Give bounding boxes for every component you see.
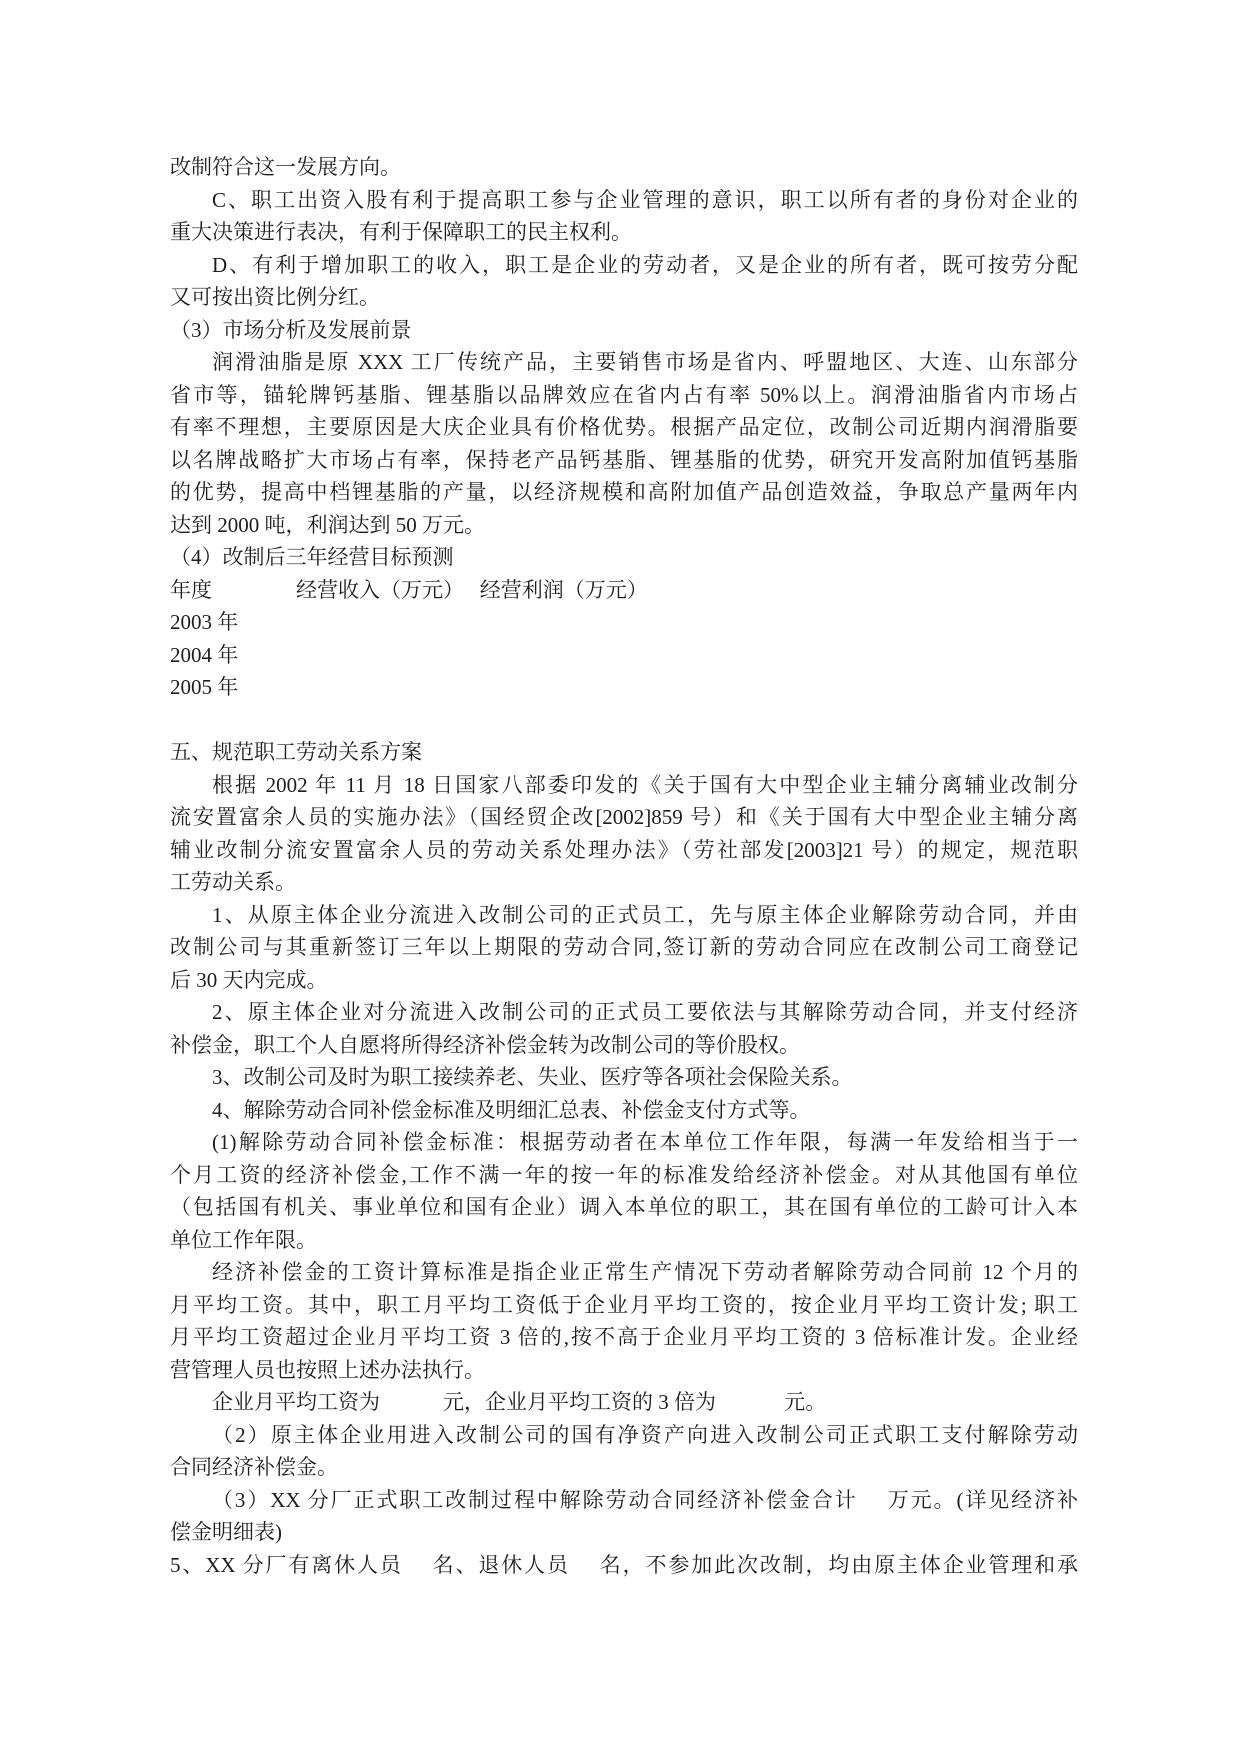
document-line: 2003 年 <box>170 606 1078 639</box>
document-line: （2）原主体企业用进入改制公司的国有净资产向进入改制公司正式职工支付解除劳动 <box>170 1419 1078 1452</box>
document-line: （3）XX 分厂正式职工改制过程中解除劳动合同经济补偿金合计 万元。(详见经济补 <box>170 1484 1078 1517</box>
document-line: 经济补偿金的工资计算标准是指企业正常生产情况下劳动者解除劳动合同前 12 个月的 <box>170 1256 1078 1289</box>
document-line: 5、XX 分厂有离休人员 名、退休人员 名，不参加此次改制，均由原主体企业管理和… <box>170 1549 1078 1582</box>
document-line: 根据 2002 年 11 月 18 日国家八部委印发的《关于国有大中型企业主辅分… <box>170 769 1078 802</box>
document-line: 单位工作年限。 <box>170 1224 1078 1257</box>
document-line: 后 30 天内完成。 <box>170 964 1078 997</box>
document-line: 辅业改制分流安置富余人员的劳动关系处理办法》（劳社部发[2003]21 号）的规… <box>170 834 1078 867</box>
document-line: 1、从原主体企业分流进入改制公司的正式员工，先与原主体企业解除劳动合同，并由 <box>170 899 1078 932</box>
document-line: 五、规范职工劳动关系方案 <box>170 736 1078 769</box>
document-body: 改制符合这一发展方向。C、职工出资入股有利于提高职工参与企业管理的意识，职工以所… <box>170 151 1078 1581</box>
document-line: 月平均工资超过企业月平均工资 3 倍的,按不高于企业月平均工资的 3 倍标准计发… <box>170 1321 1078 1354</box>
document-line: 重大决策进行表决，有利于保障职工的民主权利。 <box>170 216 1078 249</box>
document-line: (1)解除劳动合同补偿金标准：根据劳动者在本单位工作年限，每满一年发给相当于一 <box>170 1126 1078 1159</box>
document-line: 有率不理想，主要原因是大庆企业具有价格优势。根据产品定位，改制公司近期内润滑脂要 <box>170 411 1078 444</box>
document-line: 改制公司与其重新签订三年以上期限的劳动合同,签订新的劳动合同应在改制公司工商登记 <box>170 931 1078 964</box>
document-line: 4、解除劳动合同补偿金标准及明细汇总表、补偿金支付方式等。 <box>170 1094 1078 1127</box>
document-line: 润滑油脂是原 XXX 工厂传统产品，主要销售市场是省内、呼盟地区、大连、山东部分 <box>170 346 1078 379</box>
document-line: 工劳动关系。 <box>170 866 1078 899</box>
document-line: （3）市场分析及发展前景 <box>170 314 1078 347</box>
document-line: 流安置富余人员的实施办法》（国经贸企改[2002]859 号）和《关于国有大中型… <box>170 801 1078 834</box>
document-line: 以名牌战略扩大市场占有率，保持老产品钙基脂、锂基脂的优势，研究开发高附加值钙基脂 <box>170 444 1078 477</box>
document-line: C、职工出资入股有利于提高职工参与企业管理的意识，职工以所有者的身份对企业的 <box>170 184 1078 217</box>
document-line: 又可按出资比例分红。 <box>170 281 1078 314</box>
document-line: 达到 2000 吨，利润达到 50 万元。 <box>170 509 1078 542</box>
document-line: 的优势，提高中档锂基脂的产量，以经济规模和高附加值产品创造效益，争取总产量两年内 <box>170 476 1078 509</box>
document-line: D、有利于增加职工的收入，职工是企业的劳动者，又是企业的所有者，既可按劳分配 <box>170 249 1078 282</box>
document-line: 省市等，锚轮牌钙基脂、锂基脂以品牌效应在省内占有率 50%以上。润滑油脂省内市场… <box>170 379 1078 412</box>
document-line: 个月工资的经济补偿金,工作不满一年的按一年的标准发给经济补偿金。对从其他国有单位 <box>170 1159 1078 1192</box>
document-line: 月平均工资。其中，职工月平均工资低于企业月平均工资的，按企业月平均工资计发; 职… <box>170 1289 1078 1322</box>
document-line: 年度 经营收入（万元） 经营利润（万元） <box>170 574 1078 607</box>
document-line: 2004 年 <box>170 639 1078 672</box>
document-line: （4）改制后三年经营目标预测 <box>170 541 1078 574</box>
document-line: 营管理人员也按照上述办法执行。 <box>170 1354 1078 1387</box>
document-line: 偿金明细表) <box>170 1516 1078 1549</box>
document-line: 改制符合这一发展方向。 <box>170 151 1078 184</box>
document-line: 2005 年 <box>170 671 1078 704</box>
document-blank-line <box>170 704 1078 737</box>
document-line: 补偿金，职工个人自愿将所得经济补偿金转为改制公司的等价股权。 <box>170 1029 1078 1062</box>
document-page: 改制符合这一发展方向。C、职工出资入股有利于提高职工参与企业管理的意识，职工以所… <box>0 0 1241 1754</box>
document-line: （包括国有机关、事业单位和国有企业）调入本单位的职工，其在国有单位的工龄可计入本 <box>170 1191 1078 1224</box>
document-line: 企业月平均工资为 元，企业月平均工资的 3 倍为 元。 <box>170 1386 1078 1419</box>
document-line: 3、改制公司及时为职工接续养老、失业、医疗等各项社会保险关系。 <box>170 1061 1078 1094</box>
document-line: 2、原主体企业对分流进入改制公司的正式员工要依法与其解除劳动合同，并支付经济 <box>170 996 1078 1029</box>
document-line: 合同经济补偿金。 <box>170 1451 1078 1484</box>
